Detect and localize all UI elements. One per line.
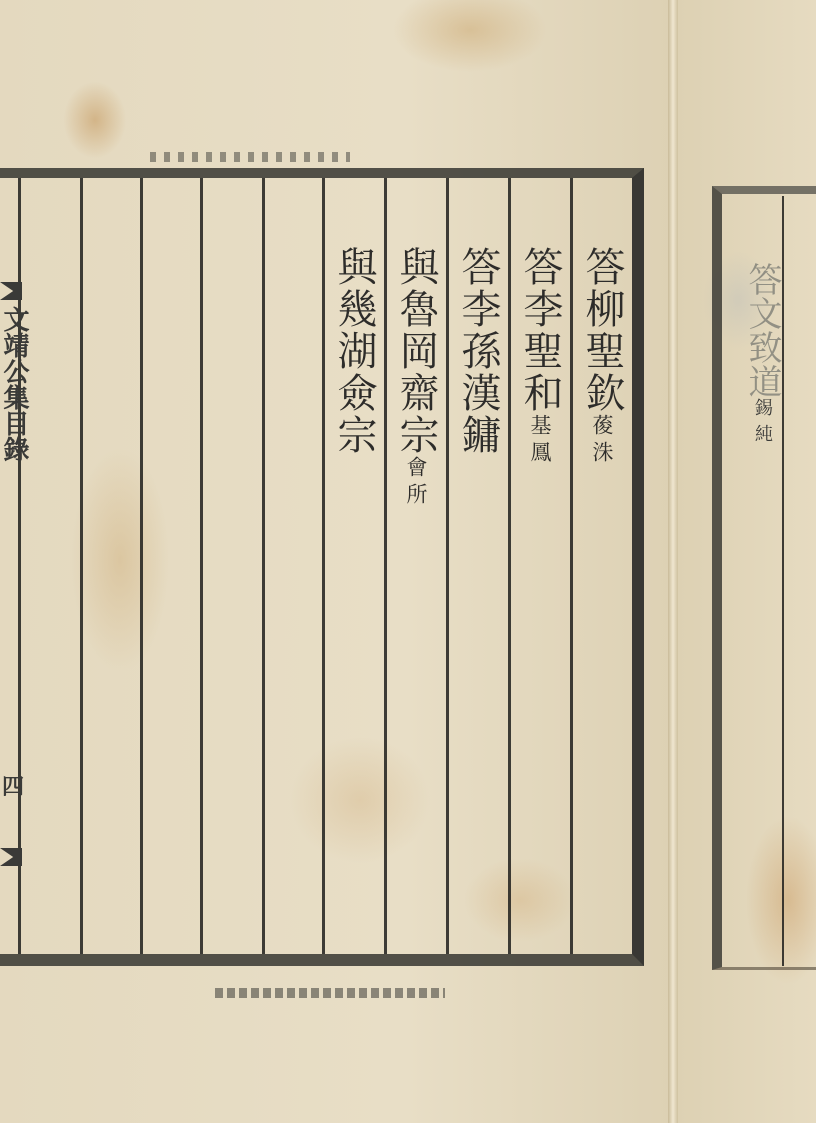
footer-smudge [215,988,445,998]
column-rule [140,178,143,954]
entry-title: 與幾湖僉宗 [331,246,377,456]
column-rule [80,178,83,954]
entry-note: 錫純 [752,398,773,450]
entry-title: 答文致道 [742,262,782,398]
entry-title: 答李聖和 [517,246,563,414]
entry-note: 葰洙 [590,414,614,468]
toc-entry: 答李孫漢鏞 [450,246,506,456]
column-rule [782,196,784,966]
entry-title: 與魯岡齋宗 [393,246,439,456]
entry-note: 會所 [404,456,428,510]
toc-entry: 答文致道錫純 [742,262,782,450]
toc-entry: 答李聖和基鳳 [512,246,568,468]
column-rule [200,178,203,954]
book-gutter [668,0,678,1123]
entry-title: 答李孫漢鏞 [455,246,501,456]
column-rule [508,178,511,954]
margin-book-title: 文靖公集目錄 [0,306,28,462]
column-rule [384,178,387,954]
entry-title: 答柳聖欽 [579,246,625,414]
toc-entry: 與魯岡齋宗會所 [388,246,444,510]
toc-entry: 與幾湖僉宗 [326,246,382,456]
margin-page-number: 四 [2,770,24,801]
column-rule [570,178,573,954]
entry-note: 基鳳 [528,414,552,468]
header-smudge [150,152,350,162]
toc-entry: 答柳聖欽葰洙 [574,246,630,468]
column-rule [322,178,325,954]
column-rule [446,178,449,954]
column-rule [262,178,265,954]
